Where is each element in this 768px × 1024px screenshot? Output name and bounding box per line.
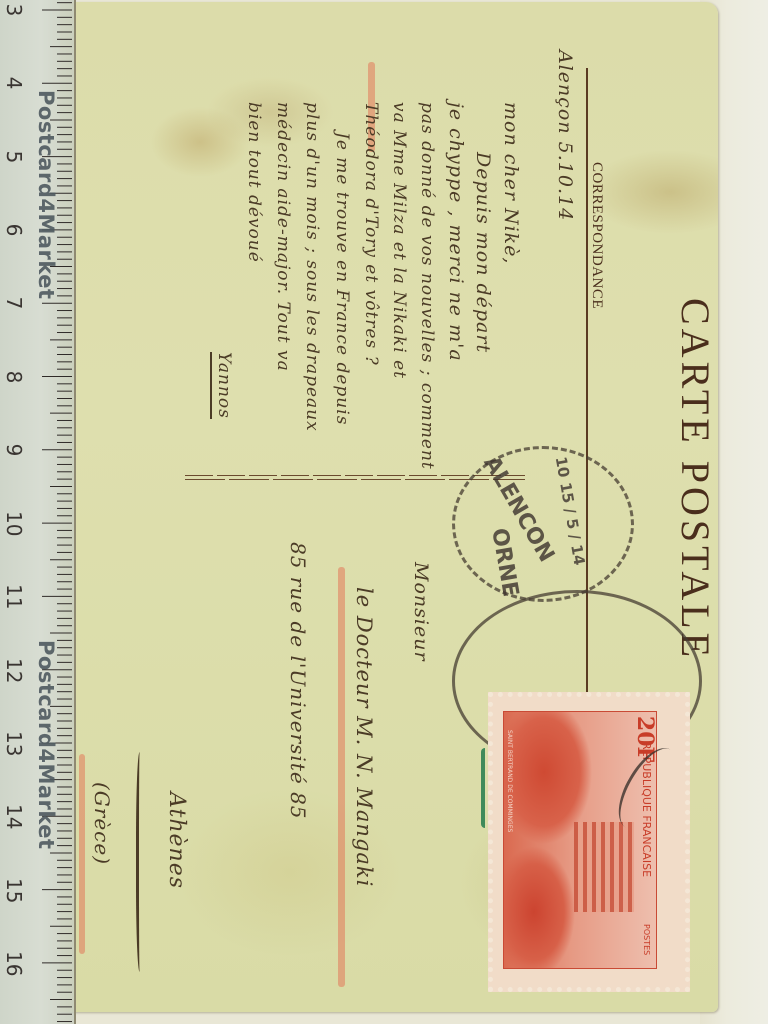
message-line: pas donné de vos nouvelles ; comment xyxy=(417,102,437,470)
message-line: Je me trouve en France depuis xyxy=(332,132,352,425)
message-line: Théodora d'Tory et vôtres ? xyxy=(361,102,381,366)
address-street: 85 rue de l'Université 85 xyxy=(286,542,310,820)
postage-stamp: REPUBLIQUE FRANCAISE POSTES SAINT BERTRA… xyxy=(488,692,690,992)
ruler-number: 5 xyxy=(2,145,26,169)
crayon-mark xyxy=(79,754,85,954)
address-city: Athènes xyxy=(164,792,189,889)
crayon-mark xyxy=(338,567,345,987)
ruler-number: 7 xyxy=(2,291,26,315)
ruler-number: 4 xyxy=(2,71,26,95)
ruler-number: 8 xyxy=(2,365,26,389)
ruler-number: 13 xyxy=(2,731,26,755)
ruler-number: 14 xyxy=(2,804,26,828)
ruler-number: 12 xyxy=(2,658,26,682)
message-signature: Yannos xyxy=(210,352,234,419)
ruler-brand-top: Postcard4Market xyxy=(34,90,58,300)
ruler-number: 16 xyxy=(2,951,26,975)
address-salutation: Monsieur xyxy=(410,562,432,662)
address-name: le Docteur M. N. Mangaki xyxy=(352,587,376,887)
message-line: plus d'un mois ; sous les drapeaux xyxy=(302,102,322,432)
ruler-number: 11 xyxy=(2,584,26,608)
stamp-caption: SAINT BERTRAND DE COMMINGES xyxy=(506,730,513,832)
printed-correspondance: CORRESPONDANCE xyxy=(588,162,605,309)
ruler-number: 9 xyxy=(2,438,26,462)
stamp-engraving: REPUBLIQUE FRANCAISE POSTES SAINT BERTRA… xyxy=(503,711,657,969)
message-line: médecin aide-major. Tout va xyxy=(273,102,293,372)
stamp-label: POSTES xyxy=(642,924,651,955)
city-underline xyxy=(136,752,145,972)
message-line: Depuis mon départ xyxy=(472,152,494,353)
ruler-number: 6 xyxy=(2,218,26,242)
message-line: bien tout dévoué xyxy=(244,102,264,263)
message-line: mon cher Nikè, xyxy=(500,102,522,264)
message-line: je chyppe , merci ne m'a xyxy=(445,102,467,362)
ruler-number: 15 xyxy=(2,878,26,902)
ruler-number: 10 xyxy=(2,511,26,535)
postmark-alencon xyxy=(452,446,634,602)
green-stamp-edge xyxy=(481,748,495,828)
printed-title: CARTE POSTALE xyxy=(672,298,719,661)
message-place-date: Alençon 5.10.14 xyxy=(554,50,576,221)
ruler-number: 3 xyxy=(2,0,26,22)
address-country: (Grèce) xyxy=(90,782,114,865)
ruler-brand-bottom: Postcard4Market xyxy=(34,640,58,850)
message-line: va Mme Milza et la Nikaki et xyxy=(389,102,409,379)
castle-illustration xyxy=(574,822,634,912)
measuring-ruler: 345678910111213141516 Postcard4Market Po… xyxy=(0,0,76,1024)
